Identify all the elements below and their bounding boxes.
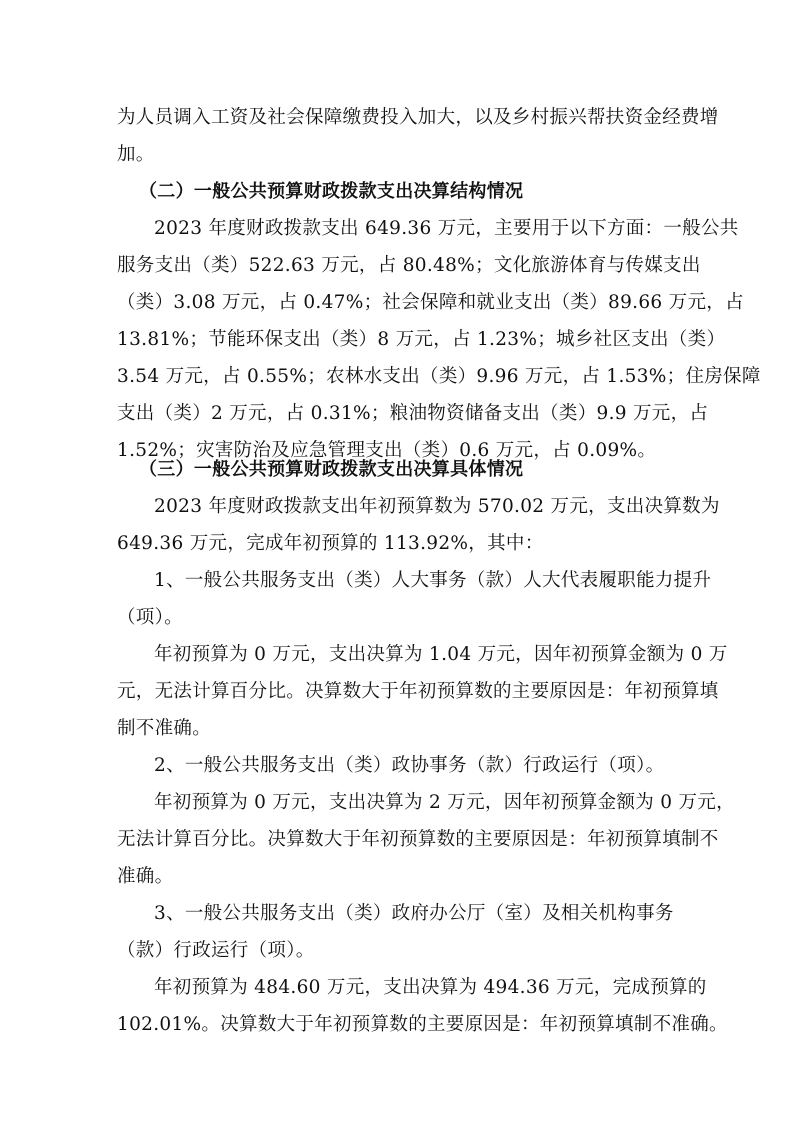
paragraph-line: 加。	[117, 141, 155, 169]
paragraph-line: 2023 年度财政拨款支出 649.36 万元，主要用于以下方面：一般公共	[154, 215, 739, 243]
paragraph-line: 元，无法计算百分比。决算数大于年初预算数的主要原因是：年初预算填	[117, 678, 719, 706]
paragraph-line: 年初预算为 0 万元，支出决算为 1.04 万元，因年初预算金额为 0 万	[154, 641, 728, 669]
paragraph-line: 无法计算百分比。决算数大于年初预算数的主要原因是：年初预算填制不	[117, 826, 719, 854]
paragraph-line: 3.54 万元，占 0.55%；农林水支出（类）9.96 万元，占 1.53%；…	[117, 363, 761, 391]
item-heading-1: 1、一般公共服务支出（类）人大事务（款）人大代表履职能力提升	[154, 567, 711, 595]
paragraph-line: 102.01%。决算数大于年初预算数的主要原因是：年初预算填制不准确。	[117, 1011, 728, 1039]
paragraph-line: 年初预算为 0 万元，支出决算为 2 万元，因年初预算金额为 0 万元，	[154, 789, 735, 817]
paragraph-line: 2023 年度财政拨款支出年初预算数为 570.02 万元，支出决算数为	[154, 493, 720, 521]
paragraph-line: （项）。	[117, 604, 183, 632]
section-heading-2: （二）一般公共预算财政拨款支出决算结构情况	[139, 178, 523, 206]
paragraph-line: 制不准确。	[117, 715, 211, 743]
paragraph-line: 服务支出（类）522.63 万元，占 80.48%；文化旅游体育与传媒支出	[117, 252, 701, 280]
paragraph-line: （款）行政运行（项）。	[117, 937, 315, 965]
paragraph-line: 年初预算为 484.60 万元，支出决算为 494.36 万元，完成预算的	[154, 974, 707, 1002]
section-heading-3: （三）一般公共预算财政拨款支出决算具体情况	[139, 456, 523, 484]
item-heading-3: 3、一般公共服务支出（类）政府办公厅（室）及相关机构事务	[154, 900, 674, 928]
paragraph-line: 649.36 万元，完成年初预算的 113.92%，其中：	[117, 530, 544, 558]
paragraph-line: 支出（类）2 万元，占 0.31%；粮油物资储备支出（类）9.9 万元，占	[117, 400, 708, 428]
paragraph-line: 为人员调入工资及社会保障缴费投入加大，以及乡村振兴帮扶资金经费增	[117, 104, 719, 132]
paragraph-line: 准确。	[117, 863, 173, 891]
paragraph-line: （类）3.08 万元，占 0.47%；社会保障和就业支出（类）89.66 万元，…	[117, 289, 744, 317]
item-heading-2: 2、一般公共服务支出（类）政协事务（款）行政运行（项）。	[154, 752, 664, 780]
paragraph-line: 13.81%；节能环保支出（类）8 万元，占 1.23%；城乡社区支出（类）	[117, 326, 725, 354]
